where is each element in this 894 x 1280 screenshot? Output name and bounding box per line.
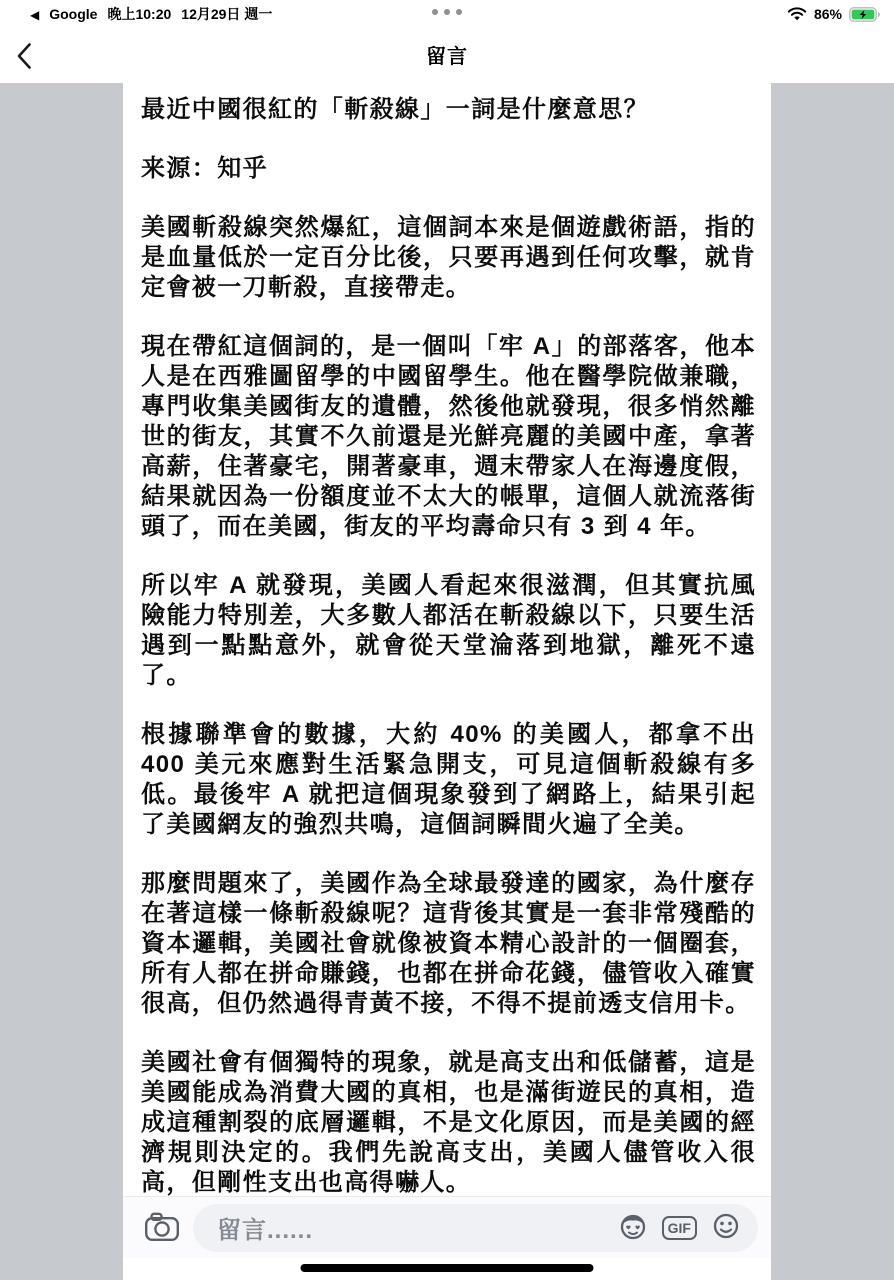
article-paragraph: 美國斬殺線突然爆紅，這個詞本來是個遊戲術語，指的是血量低於一定百分比後，只要再遇… <box>141 213 756 303</box>
status-bar: ◀ Google 晚上10:20 12月29日 週一 86% <box>0 0 894 28</box>
wifi-icon <box>787 6 807 22</box>
composer-icons: GIF <box>617 1210 742 1245</box>
back-to-app-name: Google <box>49 6 97 22</box>
back-to-app-triangle-icon: ◀ <box>30 9 39 21</box>
battery-percent: 86% <box>814 6 842 22</box>
article-paragraph: 根據聯準會的數據，大約 40% 的美國人，都拿不出 400 美元來應對生活緊急開… <box>141 720 756 840</box>
sticker-button[interactable] <box>617 1210 649 1245</box>
multitasking-dots-icon[interactable] <box>432 9 462 15</box>
article-paragraph: 美國社會有個獨特的現象，就是高支出和低儲蓄，這是美國能成為消費大國的真相，也是滿… <box>141 1048 756 1198</box>
comment-card: 最近中國很紅的「斬殺線」一詞是什麼意思？ 来源：知乎 美國斬殺線突然爆紅，這個詞… <box>123 83 771 1280</box>
screen: ◀ Google 晚上10:20 12月29日 週一 86% <box>0 0 894 1280</box>
home-strip <box>123 1258 771 1280</box>
battery-charging-icon <box>849 7 880 22</box>
home-indicator[interactable] <box>301 1264 594 1272</box>
status-time: 晚上10:20 <box>107 4 171 24</box>
smiley-icon <box>710 1210 742 1245</box>
article-paragraph: 来源：知乎 <box>141 154 756 184</box>
comment-input-placeholder: 留言...... <box>217 1210 617 1245</box>
article-paragraph: 最近中國很紅的「斬殺線」一詞是什麼意思？ <box>141 95 756 125</box>
content-area: 最近中國很紅的「斬殺線」一詞是什麼意思？ 来源：知乎 美國斬殺線突然爆紅，這個詞… <box>0 83 894 1280</box>
article-paragraph: 現在帶紅這個詞的，是一個叫「牢 A」的部落客，他本人是在西雅圖留學的中國留學生。… <box>141 332 756 542</box>
page-title: 留言 <box>0 40 894 69</box>
camera-icon <box>144 1210 180 1245</box>
status-indicators: 86% <box>787 6 880 22</box>
emoji-button[interactable] <box>710 1210 742 1245</box>
status-date: 12月29日 週一 <box>181 4 272 24</box>
status-back-to-app[interactable]: ◀ Google 晚上10:20 12月29日 週一 <box>30 4 272 24</box>
sticker-heart-eyes-icon <box>617 1210 649 1245</box>
comment-input[interactable]: 留言...... <box>193 1204 758 1252</box>
article-paragraph: 所以牢 A 就發現，美國人看起來很滋潤，但其實抗風險能力特別差，大多數人都活在斬… <box>141 571 756 691</box>
comment-composer: 留言...... <box>123 1196 771 1258</box>
nav-bar: 留言 <box>0 28 894 83</box>
article-paragraph: 那麼問題來了，美國作為全球最發達的國家，為什麼存在著這樣一條斬殺線呢？這背後其實… <box>141 869 756 1019</box>
article: 最近中國很紅的「斬殺線」一詞是什麼意思？ 来源：知乎 美國斬殺線突然爆紅，這個詞… <box>123 83 771 1198</box>
gif-button[interactable]: GIF <box>662 1216 697 1240</box>
camera-button[interactable] <box>144 1210 180 1245</box>
gif-icon: GIF <box>662 1216 697 1240</box>
